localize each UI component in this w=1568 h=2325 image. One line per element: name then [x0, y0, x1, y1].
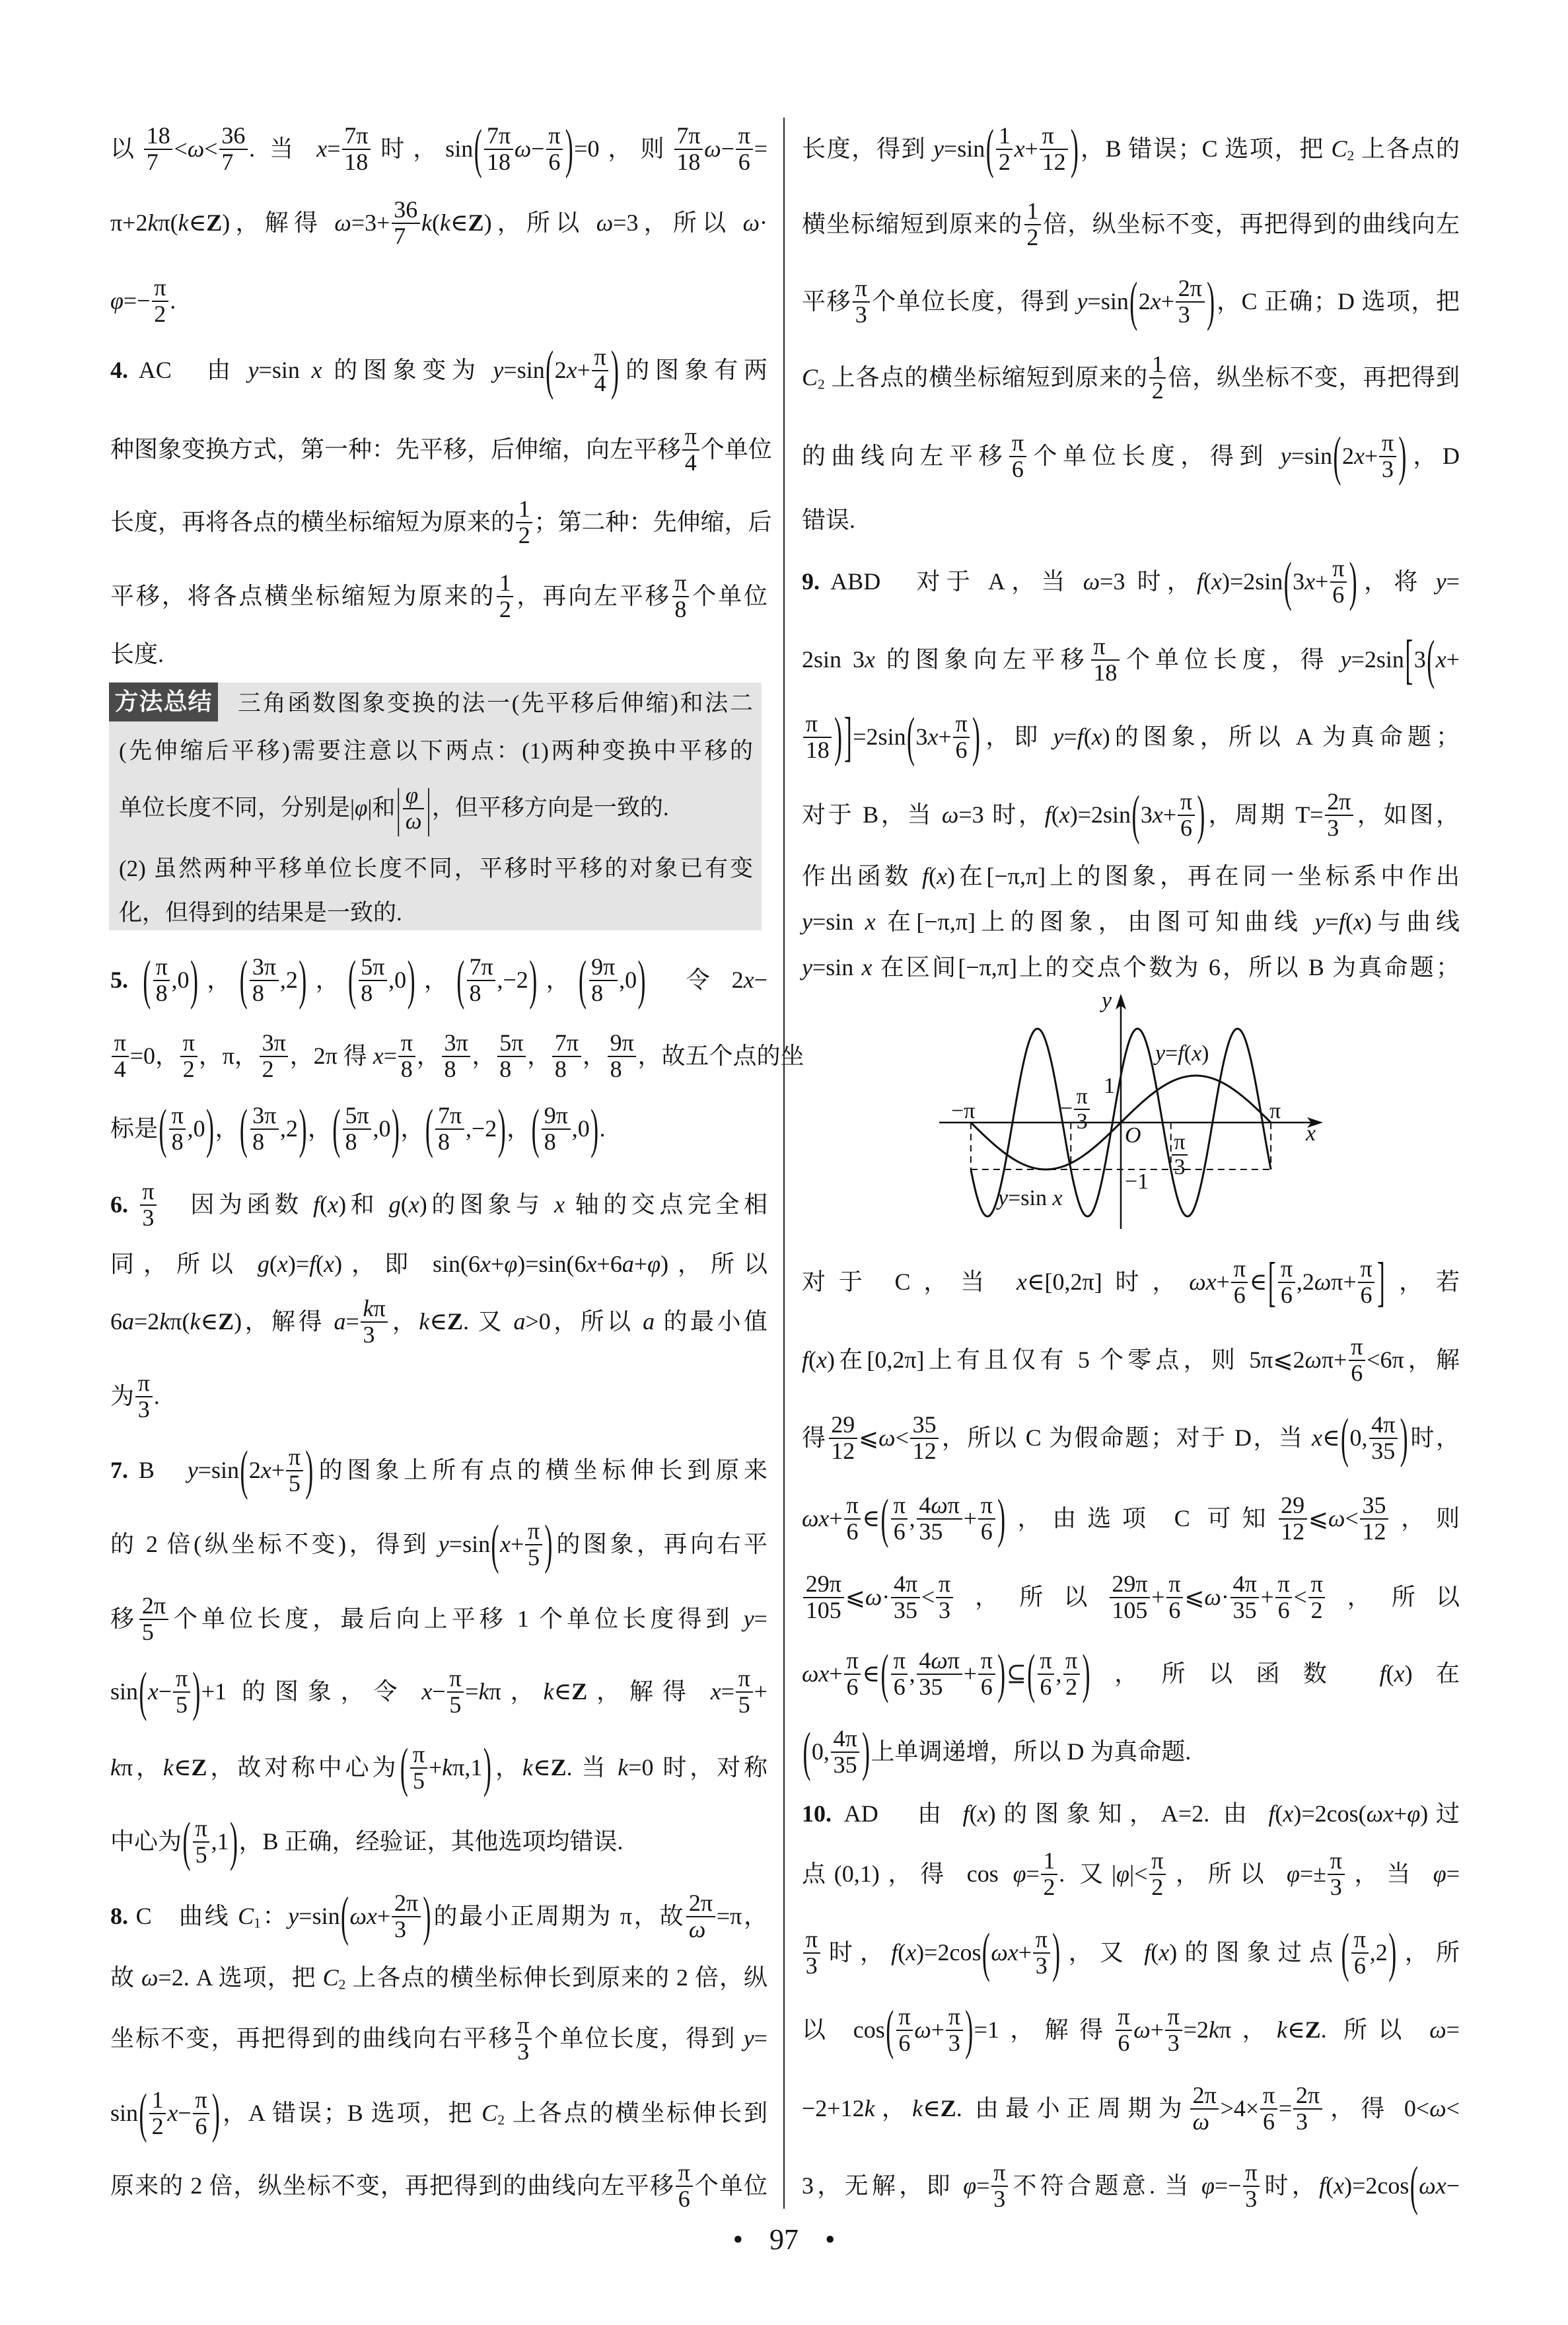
- fraction: π18: [1091, 634, 1120, 686]
- big-delimiter: (: [1131, 788, 1139, 842]
- fraction-numerator: 5π: [343, 1103, 371, 1128]
- fraction-denominator: 6: [953, 737, 970, 763]
- math-variable: x: [421, 1678, 432, 1705]
- fraction-numerator: π: [592, 345, 608, 370]
- math-variable: f: [1045, 801, 1051, 828]
- fraction-denominator: 6: [1330, 581, 1347, 608]
- big-delimiter: (: [240, 1443, 248, 1498]
- fraction-numerator: π: [1074, 1085, 1090, 1109]
- math-variable: ωx: [1367, 1800, 1394, 1827]
- math-variable: ω: [743, 209, 760, 236]
- fraction-numerator: π: [193, 2088, 209, 2113]
- fraction-numerator: π: [1033, 1927, 1050, 1952]
- math-variable: ω: [515, 135, 531, 162]
- fraction: π6: [1351, 1927, 1368, 1979]
- tick-label-neg-pi: −π: [951, 1100, 975, 1123]
- math-variable: x: [1192, 1041, 1201, 1066]
- fraction: π3: [1379, 431, 1396, 482]
- subscript: 2: [818, 376, 825, 392]
- math-variable: C: [323, 1964, 339, 1991]
- big-delimiter: (: [546, 343, 553, 398]
- big-delimiter: (: [907, 710, 915, 764]
- text-line: 原来的 2 倍，纵坐标不变，再把得到的曲线向左平移π6个单位: [110, 2146, 767, 2225]
- big-delimiter: ): [862, 1724, 870, 1779]
- fraction: φω: [403, 784, 424, 834]
- fraction-denominator: 2: [516, 522, 532, 548]
- text-line: 中心为(π5,1)，B 正确，经验证，其他选项均错误.: [110, 1802, 767, 1881]
- math-variable: y: [744, 1605, 754, 1632]
- big-delimiter: ): [1400, 1411, 1408, 1465]
- fraction-numerator: 1: [1041, 1849, 1057, 1874]
- text-line: sin(x−π5)+1 的图象，令 x−π5=kπ，k∈Z，解得 x=π5+: [110, 1652, 767, 1731]
- fraction: 29π105: [803, 1572, 843, 1623]
- text-line: 得2912⩽ω<3512，所以 C 为假命题；对于 D，当 x∈(0,4π35)…: [802, 1398, 1460, 1477]
- fraction-numerator: 1: [1024, 199, 1041, 224]
- fraction: π3: [140, 1179, 157, 1231]
- bold-text: Z: [941, 2095, 956, 2122]
- big-delimiter: (: [1410, 2159, 1418, 2213]
- fraction: 367: [219, 124, 248, 175]
- math-variable: f: [313, 1191, 320, 1218]
- fraction-numerator: π: [1040, 124, 1068, 149]
- big-delimiter: (: [881, 1491, 889, 1546]
- fraction: 2912: [1279, 1493, 1307, 1545]
- big-delimiter: ): [1398, 429, 1406, 484]
- big-delimiter: (: [425, 1101, 433, 1156]
- text-line: 移2π5个单位长度，最后向上平移 1 个单位长度得到 y=: [110, 1579, 767, 1658]
- fraction: 2912: [829, 1413, 857, 1464]
- fraction: π6: [896, 2005, 913, 2056]
- page-number: •97•: [685, 2220, 883, 2260]
- big-delimiter: (: [802, 1724, 810, 1779]
- math-variable: ω: [942, 801, 958, 828]
- fraction-numerator: π: [1243, 2160, 1260, 2186]
- math-variable: φ: [1116, 1861, 1129, 1887]
- fraction-denominator: 5: [139, 1619, 168, 1645]
- fraction-denominator: 2: [1041, 1874, 1057, 1900]
- fraction-denominator: 35: [891, 1597, 919, 1623]
- math-variable: y: [439, 1531, 449, 1557]
- fraction: π6: [891, 1493, 908, 1545]
- math-variable: f: [963, 1800, 970, 1827]
- math-variable: φ: [963, 2172, 976, 2199]
- big-delimiter: ): [408, 953, 415, 1008]
- math-variable: y: [998, 1186, 1008, 1210]
- math-variable: C: [238, 1903, 254, 1929]
- text-line: C2 上各点的横坐标缩短到原来的12倍，纵坐标不变，再把得到: [802, 338, 1460, 417]
- fraction-numerator: 36: [392, 198, 420, 223]
- fraction-denominator: 6: [844, 1674, 861, 1700]
- big-delimiter: ): [1349, 554, 1357, 609]
- big-delimiter: (: [332, 1101, 340, 1156]
- math-variable: ω: [1429, 2095, 1446, 2122]
- bold-text: 7.: [110, 1457, 128, 1483]
- fraction-denominator: 8: [542, 1128, 570, 1155]
- math-variable: f: [309, 1251, 316, 1277]
- fraction-numerator: 1: [516, 497, 532, 522]
- text-line: ωx+π6∈(π6,4ωπ35+π6)⊆(π6,π2)，所以函数 f(x)在: [802, 1634, 1460, 1713]
- fraction-denominator: 3: [853, 301, 869, 328]
- math-variable: k: [1209, 2016, 1219, 2043]
- fraction-numerator: π: [991, 2160, 1008, 2186]
- fraction-denominator: 2: [1063, 1674, 1080, 1700]
- math-variable: a: [643, 1308, 655, 1335]
- fraction: π6: [844, 1648, 861, 1700]
- text-line: 标是(π8,0)，(3π8,2)，(5π8,0)，(7π8,−2)，(9π8,0…: [110, 1089, 767, 1168]
- fraction-numerator: π: [1308, 1572, 1325, 1597]
- text-line: 4. AC 由 y=sin x 的图象变为 y=sin(2x+π4)的图象有两: [110, 330, 767, 410]
- math-variable: ω: [334, 209, 351, 236]
- math-variable: y: [744, 2025, 754, 2051]
- subscript: 2: [339, 1976, 346, 1992]
- fraction-numerator: π: [672, 571, 689, 596]
- page-number-value: 97: [769, 2223, 799, 2256]
- math-variable: k: [618, 1754, 628, 1781]
- tick-label-neg-pi-over-3: −π3: [1060, 1085, 1091, 1107]
- math-variable: φ: [110, 287, 124, 314]
- math-variable: x: [862, 954, 873, 980]
- fraction-numerator: π: [1038, 1648, 1054, 1674]
- fraction-denominator: 7: [392, 223, 420, 249]
- fraction-numerator: 7π: [674, 124, 703, 149]
- math-variable: x: [409, 1191, 419, 1218]
- fraction-numerator: π: [140, 1179, 157, 1204]
- fraction-denominator: 18: [1091, 659, 1120, 686]
- math-variable: ω: [1305, 1347, 1322, 1373]
- fraction: π5: [736, 1666, 752, 1718]
- math-variable: x: [1052, 1186, 1062, 1210]
- big-delimiter: ): [965, 2003, 973, 2057]
- math-variable: g: [258, 1251, 269, 1277]
- math-variable: x: [554, 1191, 565, 1218]
- fraction-denominator: 3: [1172, 1154, 1188, 1179]
- fraction: 9π8: [542, 1103, 570, 1155]
- math-variable: ω: [188, 135, 204, 162]
- fraction: 4π35: [1230, 1572, 1259, 1623]
- math-variable: x: [1059, 801, 1070, 828]
- fraction-numerator: 4ωπ: [917, 1493, 962, 1518]
- math-variable: ω: [914, 2016, 931, 2043]
- fraction: π3: [853, 276, 869, 328]
- math-variable: x: [1283, 1800, 1293, 1827]
- fraction-denominator: 6: [1009, 456, 1026, 482]
- math-variable: ωx: [1189, 1269, 1216, 1295]
- math-variable: a: [513, 1308, 525, 1335]
- math-variable: a: [622, 1251, 634, 1277]
- fraction: π5: [447, 1666, 464, 1718]
- fraction: 4ωπ35: [917, 1648, 962, 1700]
- fraction: 2π5: [139, 1594, 168, 1645]
- fraction-denominator: 105: [803, 1597, 843, 1623]
- fraction-denominator: 35: [1369, 1438, 1398, 1464]
- fraction: 7π8: [435, 1103, 464, 1155]
- big-delimiter: ): [299, 1101, 306, 1156]
- fraction-numerator: 2π: [392, 1891, 420, 1916]
- fraction: π18: [803, 712, 832, 763]
- fraction: π6: [1349, 1335, 1365, 1386]
- math-variable: φ: [406, 782, 418, 808]
- fraction-numerator: 4π: [891, 1572, 919, 1597]
- math-variable: x: [373, 1043, 384, 1069]
- fraction-denominator: 8: [343, 1128, 371, 1155]
- math-variable: y: [1102, 988, 1112, 1013]
- fraction-numerator: 5π: [497, 1031, 526, 1056]
- fraction: π3: [936, 1572, 952, 1623]
- fraction: π6: [736, 124, 752, 175]
- math-variable: x: [1312, 1424, 1322, 1451]
- bullet-icon: •: [825, 2223, 835, 2256]
- math-variable: x: [277, 1251, 288, 1277]
- fraction-denominator: 2: [149, 2113, 166, 2139]
- fraction: π6: [1278, 1257, 1295, 1308]
- text-line: 坐标不变，再把得到的曲线向右平移π3个单位长度，得到 y=: [110, 1999, 767, 2078]
- big-delimiter: ): [230, 1814, 238, 1869]
- fraction: π6: [1166, 1572, 1183, 1623]
- fraction-denominator: 18: [484, 149, 513, 175]
- fraction-numerator: π: [953, 712, 970, 737]
- fraction-numerator: π: [1349, 1335, 1365, 1360]
- fraction: π6: [1116, 2005, 1132, 2056]
- fraction-numerator: 35: [910, 1413, 939, 1438]
- fraction: π6: [193, 2088, 209, 2139]
- bold-text: Z: [447, 1308, 463, 1335]
- big-delimiter: (: [159, 1101, 166, 1156]
- fraction: π8: [169, 1103, 186, 1155]
- math-variable: ω: [931, 1647, 947, 1674]
- fraction-denominator: 8: [250, 980, 278, 1006]
- math-variable: a: [334, 1308, 345, 1335]
- fraction-numerator: 2π: [1176, 276, 1204, 301]
- fraction-denominator: 8: [467, 980, 495, 1006]
- fraction-denominator: 6: [978, 1674, 995, 1700]
- math-variable: φ: [1013, 1861, 1026, 1887]
- fraction: π2: [152, 276, 168, 327]
- fraction: π8: [398, 1031, 415, 1082]
- fraction-denominator: 3: [936, 1597, 952, 1623]
- math-variable: f: [1319, 2172, 1326, 2199]
- fraction-numerator: π: [525, 1519, 542, 1544]
- math-variable: a: [122, 1308, 134, 1335]
- fraction-numerator: 4π: [1230, 1572, 1259, 1597]
- math-variable: f: [1178, 1041, 1184, 1066]
- math-variable: x: [567, 357, 577, 383]
- method-summary-text: 三角函数图象变换的法一(先平移后伸缩)和法二(先伸缩后平移)需要注意以下两点：(…: [119, 683, 753, 930]
- math-variable: y: [248, 357, 259, 383]
- fraction-numerator: π: [1149, 1849, 1166, 1874]
- big-delimiter: (: [139, 2086, 147, 2141]
- text-line: 为π3.: [110, 1356, 767, 1436]
- fraction-numerator: π: [152, 276, 168, 301]
- big-delimiter: ): [1052, 1925, 1060, 1980]
- fraction-denominator: 5: [193, 1841, 209, 1868]
- big-delimiter: ): [565, 122, 573, 176]
- fraction-denominator: 3: [803, 1952, 820, 1979]
- big-delimiter: (: [1341, 1925, 1349, 1980]
- big-delimiter: ): [212, 2086, 220, 2141]
- math-variable: x: [744, 967, 754, 993]
- text-line: 长度，得到 y=sin(12x+π12)，B 错误；C 选项，把 C2 上各点的: [802, 109, 1460, 188]
- text-line: 3，无解，即 φ=π3不符合题意. 当 φ=−π3时，f(x)=2cos(ωx−: [802, 2146, 1460, 2225]
- big-delimiter: (: [240, 1101, 248, 1156]
- fraction-numerator: π: [1379, 431, 1396, 456]
- fraction-denominator: 12: [829, 1438, 857, 1464]
- fraction-numerator: π: [1166, 1572, 1183, 1597]
- fraction-denominator: ω: [1190, 2108, 1219, 2135]
- fraction-numerator: 9π: [589, 955, 618, 980]
- big-delimiter: (: [982, 1925, 990, 1980]
- fraction-denominator: 3: [135, 1396, 152, 1422]
- big-delimiter: ): [1388, 1925, 1396, 1980]
- bold-text: Z: [551, 1754, 567, 1781]
- function-graph: [925, 988, 1347, 1242]
- fraction-denominator: 6: [1116, 2030, 1132, 2056]
- fraction-denominator: 7: [219, 149, 248, 175]
- math-variable: φ: [355, 795, 367, 821]
- fraction-denominator: 8: [442, 1056, 470, 1082]
- big-delimiter: (: [881, 1646, 889, 1701]
- fraction: π3: [1243, 2160, 1260, 2212]
- math-variable: x: [1394, 1660, 1405, 1687]
- big-delimiter: ): [590, 1101, 598, 1156]
- math-variable: φ: [1287, 1861, 1300, 1887]
- fraction-denominator: 3: [1165, 2030, 1182, 2056]
- big-delimiter: (: [474, 122, 482, 176]
- fraction-numerator: π: [736, 124, 752, 149]
- fraction: 3π2: [260, 1031, 288, 1082]
- math-variable: ωx: [802, 1660, 829, 1687]
- fraction-denominator: 8: [359, 980, 387, 1006]
- big-delimiter: ): [611, 343, 619, 398]
- fraction-denominator: 5: [525, 1544, 542, 1570]
- fraction-denominator: 3: [515, 2038, 532, 2065]
- fraction-numerator: π: [193, 1816, 209, 1841]
- math-variable: ω: [1314, 1269, 1331, 1295]
- big-delimiter: ): [498, 1101, 506, 1156]
- fraction-numerator: 29π: [803, 1572, 843, 1597]
- fraction: π3: [946, 2005, 962, 2056]
- fraction-numerator: π: [1009, 431, 1026, 456]
- math-variable: ω: [1429, 2016, 1446, 2043]
- big-delimiter: ): [834, 710, 842, 764]
- fraction-numerator: 4π: [831, 1726, 859, 1752]
- fraction-denominator: 6: [978, 1518, 995, 1545]
- fraction-denominator: 35: [917, 1674, 962, 1700]
- math-variable: x: [1151, 288, 1161, 314]
- big-delimiter: ): [206, 1101, 214, 1156]
- fraction: π3: [803, 1927, 820, 1979]
- fraction-denominator: 6: [546, 149, 563, 175]
- big-delimiter: (: [579, 953, 587, 1008]
- big-delimiter: (: [1284, 554, 1292, 609]
- fraction: 7π18: [674, 124, 703, 175]
- text-line: π18)]=2sin(3x+π6)，即 y=f(x)的图象，所以 A 为真命题；: [802, 697, 1460, 776]
- math-variable: y: [1436, 568, 1446, 595]
- fraction-numerator: 2π: [1293, 2083, 1322, 2108]
- fraction-denominator: 6: [1275, 1597, 1292, 1623]
- x-axis-label: x: [1306, 1123, 1316, 1145]
- text-line: −2+12k，k∈Z. 由最小正周期为2πω>4×π6=2π3，得 0<ω<: [802, 2069, 1460, 2148]
- big-delimiter: ): [544, 1517, 552, 1572]
- text-line: f(x)在[0,2π]上有且仅有 5 个零点，则 5π⩽2ωπ+π6<6π，解: [802, 1320, 1460, 1399]
- fraction: kπ3: [361, 1296, 388, 1348]
- fraction-denominator: 6: [896, 2030, 913, 2056]
- fraction-denominator: 6: [1038, 1674, 1054, 1700]
- fraction-numerator: 4π: [1369, 1413, 1398, 1438]
- fraction: π6: [844, 1493, 861, 1545]
- fraction-numerator: π: [1278, 1257, 1295, 1282]
- fraction-numerator: π: [896, 2005, 913, 2030]
- fraction: π6: [1260, 2083, 1277, 2135]
- subscript: 2: [497, 2112, 505, 2127]
- fraction: 7π18: [342, 124, 371, 175]
- fraction-numerator: 29π: [1110, 1572, 1150, 1597]
- big-delimiter: (: [886, 2003, 894, 2057]
- fraction-denominator: 8: [169, 1128, 186, 1155]
- fraction-numerator: π: [173, 1666, 190, 1691]
- bullet-icon: •: [733, 2223, 743, 2256]
- fraction-numerator: π: [169, 1103, 186, 1128]
- big-delimiter: ): [997, 1646, 1005, 1701]
- text-line: 2sin 3x 的图象向左平移π18个单位长度，得 y=2sin[3(x+: [802, 620, 1460, 699]
- math-variable: x: [148, 1678, 159, 1705]
- fraction-numerator: π: [1328, 1849, 1344, 1874]
- text-line: 长度，再将各点的横坐标缩短为原来的12；第二种：先伸缩，后: [110, 482, 767, 562]
- fraction: π3: [1165, 2005, 1182, 2056]
- fraction: π5: [286, 1445, 303, 1496]
- fraction-numerator: π: [135, 1371, 152, 1396]
- big-delimiter: [: [1268, 1255, 1276, 1310]
- fraction-denominator: 6: [1231, 1282, 1248, 1308]
- fraction: 2π3: [1176, 276, 1204, 328]
- fraction-numerator: π: [891, 1648, 908, 1674]
- fraction-denominator: 6: [676, 2186, 692, 2212]
- fraction-numerator: 1: [149, 2088, 166, 2113]
- fraction-numerator: kπ: [361, 1296, 388, 1321]
- bold-text: Z: [571, 1678, 587, 1705]
- fraction: 2πω: [1190, 2083, 1219, 2135]
- fraction-denominator: 18: [803, 737, 832, 763]
- fraction-denominator: 6: [891, 1518, 908, 1545]
- fraction-numerator: π: [1063, 1648, 1080, 1674]
- fraction-numerator: 1: [497, 571, 513, 596]
- fraction-denominator: 5: [286, 1470, 303, 1496]
- fraction: 2π3: [1293, 2083, 1322, 2135]
- big-delimiter: [: [1405, 632, 1413, 687]
- math-variable: ω: [931, 1492, 947, 1518]
- fraction: π6: [978, 1648, 995, 1700]
- fraction: π6: [546, 124, 563, 175]
- big-delimiter: ]: [844, 710, 852, 764]
- math-variable: x: [324, 1251, 334, 1277]
- fraction: π6: [978, 1493, 995, 1545]
- math-variable: k: [147, 209, 158, 236]
- fraction: π3: [515, 2013, 532, 2065]
- fraction-denominator: 2: [1308, 1597, 1325, 1623]
- big-delimiter: (: [143, 953, 151, 1008]
- fraction-denominator: 18: [342, 149, 371, 175]
- big-delimiter: (: [491, 1517, 499, 1572]
- f-curve-label: y=f(x): [1155, 1043, 1209, 1065]
- big-delimiter: (: [348, 953, 356, 1008]
- fraction-denominator: 3: [1293, 2108, 1322, 2135]
- fraction: 5π8: [359, 955, 387, 1006]
- fraction-numerator: π: [853, 276, 869, 301]
- fraction: 7π8: [552, 1031, 581, 1082]
- big-delimiter: ): [997, 1491, 1005, 1546]
- math-variable: x: [167, 2100, 178, 2126]
- fraction-denominator: 12: [910, 1438, 939, 1464]
- fraction-denominator: 6: [1358, 1282, 1374, 1308]
